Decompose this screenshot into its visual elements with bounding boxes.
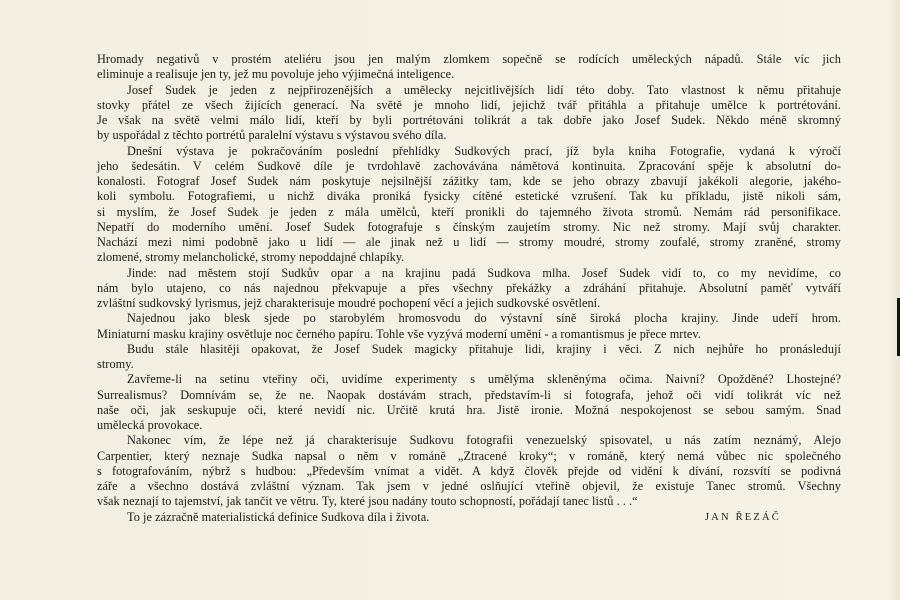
paragraph: Budu stále hlasitěji opakovat, že Josef … [97, 342, 841, 373]
author-signature: JAN ŘEZÁČ [705, 510, 781, 525]
text-line: zlomené, stromy melancholické, stromy ne… [97, 250, 841, 265]
text-line: Nakonec vím, že lépe než já charakterisu… [97, 433, 841, 448]
text-line: s fotografováním, nýbrž s hudbou: „Přede… [97, 464, 841, 479]
closing-line: To je zázračně materialistická definice … [97, 510, 429, 525]
paragraph: Hromady negativů v prostém ateliéru jsou… [97, 52, 841, 83]
text-line: Hromady negativů v prostém ateliéru jsou… [97, 52, 841, 67]
text-line: naše oči, jak seskupuje oči, které nevid… [97, 403, 841, 418]
text-line: si myslím, že Josef Sudek je jeden z mál… [97, 205, 841, 220]
paragraph: Zavřeme-li na setinu vteřiny oči, uvidím… [97, 372, 841, 433]
paragraph: Josef Sudek je jeden z nejpřirozenějších… [97, 83, 841, 144]
closing-row: To je zázračně materialistická definice … [97, 510, 841, 525]
text-line: Miniaturní masku krajiny osvětluje noc č… [97, 327, 841, 342]
text-line: Jinde: nad městem stojí Sudkův opar a na… [97, 266, 841, 281]
text-line: zvláštní sudkovský lyrismus, jejž charak… [97, 296, 841, 311]
text-line: stovky přátel ze všech žijících generací… [97, 98, 841, 113]
text-line: Zavřeme-li na setinu vteřiny oči, uvidím… [97, 372, 841, 387]
text-line: eliminuje a realisuje jen ty, jež mu pov… [97, 67, 841, 82]
text-line: Je však na světě velmi málo lidí, kteří … [97, 113, 841, 128]
text-line: Josef Sudek je jeden z nejpřirozenějších… [97, 83, 841, 98]
document-page: Hromady negativů v prostém ateliéru jsou… [0, 0, 900, 600]
text-line: záře a všechno dostává zvláštní význam. … [97, 479, 841, 494]
text-line: koli symbolu. Fotografiemi, u nichž divá… [97, 189, 841, 204]
text-line: Budu stále hlasitěji opakovat, že Josef … [97, 342, 841, 357]
text-line: jeho šedesátin. V celém Sudkově díle je … [97, 159, 841, 174]
text-line: Nepatří do moderního umění. Josef Sudek … [97, 220, 841, 235]
text-line: Carpentier, který neznaje Sudka napsal o… [97, 449, 841, 464]
text-line: Nachází mezi nimi podobně jako u lidí — … [97, 235, 841, 250]
paragraph: Najednou jako blesk sjede po starobylém … [97, 311, 841, 342]
paragraph: Nakonec vím, že lépe než já charakterisu… [97, 433, 841, 509]
text-line: umělecká provokace. [97, 418, 841, 433]
article-body: Hromady negativů v prostém ateliéru jsou… [97, 52, 841, 525]
text-line: Surrealismus? Domnívám se, že ne. Naopak… [97, 388, 841, 403]
text-line: by uspořádal z těchto portrétů paralelní… [97, 128, 841, 143]
text-line: Najednou jako blesk sjede po starobylém … [97, 311, 841, 326]
text-line: stromy. [97, 357, 841, 372]
text-line: však neznají to tajemství, jak tančit ve… [97, 494, 841, 509]
text-line: konalosti. Fotograf Josef Sudek nám posk… [97, 174, 841, 189]
paragraph: Jinde: nad městem stojí Sudkův opar a na… [97, 266, 841, 312]
paragraph: Dnešní výstava je pokračováním poslední … [97, 144, 841, 266]
text-line: nám bylo utajeno, co nás najednou překva… [97, 281, 841, 296]
text-line: Dnešní výstava je pokračováním poslední … [97, 144, 841, 159]
